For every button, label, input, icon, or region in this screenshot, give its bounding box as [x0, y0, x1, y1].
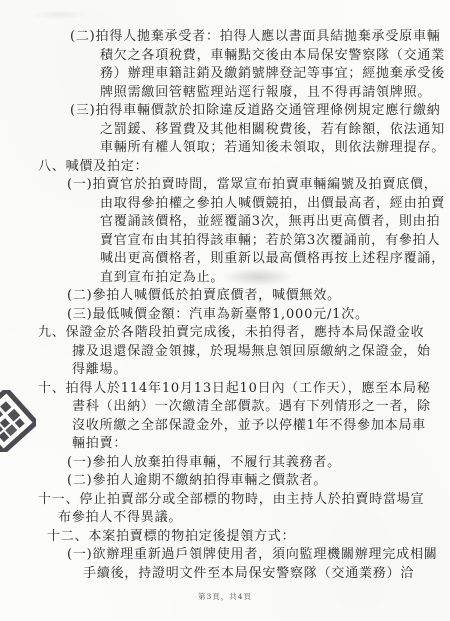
- scan-smudge: [222, 268, 294, 286]
- text-line: 得離場。: [0, 361, 450, 380]
- text-line: 積欠之各項稅費，車輛點交後由本局保安警察隊（交通業: [0, 47, 450, 66]
- text-line: (一)欲辦理重新過戶領牌使用者，須向監理機關辦理完成相關: [0, 546, 450, 565]
- text-line: 書科（出納）一次繳清全部價款。遇有下列情形之一者，除: [0, 398, 450, 417]
- section-heading-9: 九、保證金於各階段拍賣完成後，未拍得者，應持本局保證金收: [0, 324, 450, 343]
- scan-smudge: [30, 10, 90, 20]
- text-line: 喊出更高價格者，則重新以最高價格再按上述程序覆誦，: [0, 250, 450, 269]
- text-line: 由取得參拍權之參拍人喊價競拍，出價最高者，經由拍賣: [0, 195, 450, 214]
- ink-stamp-seal: [0, 390, 36, 452]
- page-number: 第3頁，共4頁: [0, 591, 450, 602]
- text-line: 務）辦理車籍註銷及繳銷號牌登記等事宜；經拋棄承受後: [0, 65, 450, 84]
- text-line: 輛拍賣：: [0, 435, 450, 454]
- section-heading-11: 十一、停止拍賣部分或全部標的物時，由主持人於拍賣時當場宣: [0, 491, 450, 510]
- text-line: (二)參拍人逾期不繳納拍得車輛之價款者。: [0, 472, 450, 491]
- text-line: (二)拍得人拋棄承受者：拍得人應以書面具結拋棄承受原車輛: [0, 28, 450, 47]
- text-line: (一)拍賣官於拍賣時間，當眾宣布拍賣車輛編號及拍賣底價，: [0, 176, 450, 195]
- text-line: (一)參拍人放棄拍得車輛，不履行其義務者。: [0, 454, 450, 473]
- text-line: 布參拍人不得異議。: [0, 509, 450, 528]
- text-line: 賣官宣布由其拍得該車輛；若於第3次覆誦前，有參拍人: [0, 232, 450, 251]
- section-heading-10: 十、拍得人於114年10月13日起10日內（工作天），應至本局秘: [0, 380, 450, 399]
- document-page: (二)拍得人拋棄承受者：拍得人應以書面具結拋棄承受原車輛 積欠之各項稅費，車輛點…: [0, 0, 450, 621]
- section-heading-12: 十二、本案拍賣標的物拍定後提領方式：: [0, 528, 450, 547]
- text-line: 車輛所有權人領取；若通知後未領取，則依法辦理提存。: [0, 139, 450, 158]
- body-text: (二)拍得人拋棄承受者：拍得人應以書面具結拋棄承受原車輛 積欠之各項稅費，車輛點…: [0, 28, 450, 583]
- section-heading-8: 八、喊價及拍定：: [0, 158, 450, 177]
- text-line: (三)拍得車輛價款於扣除違反道路交通管理條例規定應行繳納: [0, 102, 450, 121]
- text-line: (三)最低喊價金額：汽車為新臺幣1,000元/1次。: [0, 306, 450, 325]
- text-line: 沒收所繳之全部保證金外，並予以停權1年不得參加本局車: [0, 417, 450, 436]
- text-line: 官覆誦該價格，並經覆誦3次，無再出更高價者，則由拍: [0, 213, 450, 232]
- text-line: 手續後，持證明文件至本局保安警察隊（交通業務）洽: [0, 565, 450, 584]
- text-line: (二)參拍人喊價低於拍賣底價者，喊價無效。: [0, 287, 450, 306]
- text-line: 牌照需繳回管轄監理站逕行報廢，且不得再請領牌照。: [0, 84, 450, 103]
- text-line: 據及退還保證金領據，於現場無息領回原繳納之保證金，始: [0, 343, 450, 362]
- text-line: 之罰鍰、移置費及其他相關稅費後，若有餘額，依法通知: [0, 121, 450, 140]
